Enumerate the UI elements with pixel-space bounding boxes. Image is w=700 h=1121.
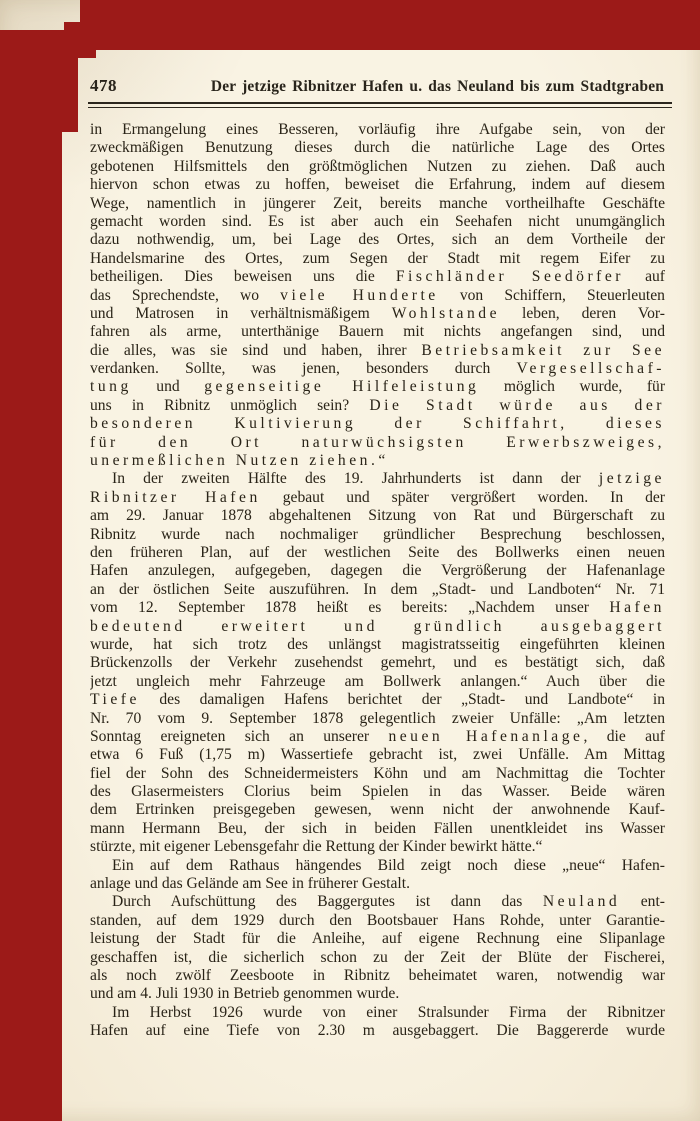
body-text: Nr. 70 vom 9. September 1878 gelegentlic… bbox=[90, 710, 665, 727]
body-text: standen, auf dem 1929 durch den Bootsbau… bbox=[90, 912, 665, 929]
emphasized-text: Tiefe bbox=[90, 691, 140, 708]
body-text: dazu nothwendig, um, bei Lage des Ortes,… bbox=[90, 231, 665, 248]
text-line: Handelsmarine des Ortes, zum Segen der S… bbox=[90, 250, 665, 268]
paragraph: In der zweiten Hälfte des 19. Jahrhunder… bbox=[90, 470, 665, 856]
body-text: leben, deren Vor- bbox=[500, 305, 665, 322]
body-text: Brückenzolls der Verkehr zusehendst geme… bbox=[90, 654, 665, 671]
body-text: leistung der Stadt für die Anleihe, auf … bbox=[90, 930, 665, 947]
body-text: und am 4. Juli 1930 in Betrieb genommen … bbox=[90, 985, 399, 1002]
body-text: des damaligen Hafens berichtet der „Stad… bbox=[140, 691, 665, 708]
emphasized-text: Fischländer Seedörfer bbox=[396, 268, 624, 285]
text-line: Durch Aufschüttung des Baggergutes ist d… bbox=[90, 893, 665, 911]
emphasized-text: Wohlstande bbox=[392, 305, 500, 322]
emphasized-text: jetzige bbox=[599, 470, 665, 487]
text-line: Tiefe des damaligen Hafens berichtet der… bbox=[90, 691, 665, 709]
body-text: Ein auf dem Rathaus hängendes Bild zeigt… bbox=[112, 857, 665, 874]
body-text: auf bbox=[624, 268, 665, 285]
body-text: als noch zwölf Zeesboote in Ribnitz behe… bbox=[90, 967, 665, 984]
text-line: und Matrosen in verhältnismäßigem Wohlst… bbox=[90, 305, 665, 323]
body-text: Durch Aufschüttung des Baggergutes ist d… bbox=[112, 893, 543, 910]
text-line: dem Ertrinken preisgegeben gewesen, wenn… bbox=[90, 801, 665, 819]
text-line: betheiligen. Dies beweisen uns die Fisch… bbox=[90, 268, 665, 286]
text-line: Brückenzolls der Verkehr zusehendst geme… bbox=[90, 654, 665, 672]
text-line: tung und gegenseitige Hilfeleistung mögl… bbox=[90, 378, 665, 396]
text-column: in Ermangelung eines Besseren, vorläufig… bbox=[90, 121, 665, 1041]
body-text: und Matrosen in verhältnismäßigem bbox=[90, 305, 392, 322]
header-rule bbox=[88, 102, 672, 108]
body-text: und bbox=[132, 378, 204, 395]
emphasized-text: Die Stadt würde aus der bbox=[369, 397, 665, 414]
body-text: anlage und das Gelände am See in frühere… bbox=[90, 875, 410, 892]
body-text: verdanken. Sollte, was jenen, besonders … bbox=[90, 360, 517, 377]
text-line: an der östlichen Seite auszuführen. In d… bbox=[90, 581, 665, 599]
text-line: uns in Ribnitz unmöglich sein? Die Stadt… bbox=[90, 397, 665, 415]
text-line: für den Ort naturwüchsigsten Erwerbszwei… bbox=[90, 434, 665, 452]
text-line: geschaffen ist, die sicherlich schon zu … bbox=[90, 949, 665, 967]
emphasized-text: für den Ort naturwüchsigsten Erwerbszwei… bbox=[90, 434, 665, 451]
body-text: gebaut und später vergrößert worden. In … bbox=[261, 489, 665, 506]
body-text: dem Ertrinken preisgegeben gewesen, wenn… bbox=[90, 801, 665, 818]
emphasized-text: neuen Hafenanlage bbox=[388, 728, 583, 745]
body-text: des Glasermeisters Clorius beim Spielen … bbox=[90, 783, 665, 800]
text-line: das Sprechendste, wo viele Hunderte von … bbox=[90, 287, 665, 305]
text-line: standen, auf dem 1929 durch den Bootsbau… bbox=[90, 912, 665, 930]
body-text: betheiligen. Dies beweisen uns die bbox=[90, 268, 396, 285]
paragraph: Ein auf dem Rathaus hängendes Bild zeigt… bbox=[90, 857, 665, 894]
body-text: In der zweiten Hälfte des 19. Jahrhunder… bbox=[112, 470, 599, 487]
page-number: 478 bbox=[90, 76, 117, 96]
body-text: wurde, hat sich trotz des unlängst magis… bbox=[90, 636, 665, 653]
body-text: geschaffen ist, die sicherlich schon zu … bbox=[90, 949, 665, 966]
text-line: jetzt ungleich mehr Fahrzeuge am Bollwer… bbox=[90, 673, 665, 691]
body-text: gebotenen Hilfsmittels den größtmögliche… bbox=[90, 158, 665, 175]
text-line: Sonntag ereigneten sich an unserer neuen… bbox=[90, 728, 665, 746]
body-text: das Sprechendste, wo bbox=[90, 287, 280, 304]
body-text: Sonntag ereigneten sich an unserer bbox=[90, 728, 388, 745]
text-line: den früheren Plan, auf der westlichen Se… bbox=[90, 544, 665, 562]
body-text: Handelsmarine des Ortes, zum Segen der S… bbox=[90, 250, 665, 267]
text-line: besonderen Kultivierung der Schiffahrt, … bbox=[90, 415, 665, 433]
body-text: in Ermangelung eines Besseren, vorläufig… bbox=[90, 121, 665, 138]
text-line: mann Hermann Beu, der sich in beiden Fäl… bbox=[90, 820, 665, 838]
body-text: den früheren Plan, auf der westlichen Se… bbox=[90, 544, 665, 561]
text-line: fahren als arme, unterthänige Bauern mit… bbox=[90, 323, 665, 341]
body-text: Im Herbst 1926 wurde von einer Stralsund… bbox=[112, 1004, 665, 1021]
body-text: hiervon schon etwas zu hoffen, beweiset … bbox=[90, 176, 665, 193]
text-line: in Ermangelung eines Besseren, vorläufig… bbox=[90, 121, 665, 139]
body-text: etwa 6 Fuß (1,75 m) Wassertiefe gebracht… bbox=[90, 746, 665, 763]
text-line: Nr. 70 vom 9. September 1878 gelegentlic… bbox=[90, 710, 665, 728]
text-line: unermeßlichen Nutzen ziehen.“ bbox=[90, 452, 665, 470]
text-line: Hafen anzulegen, aufgegeben, dagegen die… bbox=[90, 562, 665, 580]
body-text: mann Hermann Beu, der sich in beiden Fäl… bbox=[90, 820, 665, 837]
body-text: gemacht worden sind. Es ist aber auch ei… bbox=[90, 213, 665, 230]
emphasized-text: besonderen Kultivierung der Schiffahrt, … bbox=[90, 415, 665, 432]
body-text: vom 12. September 1878 heißt es bereits:… bbox=[90, 599, 609, 616]
body-text: jetzt ungleich mehr Fahrzeuge am Bollwer… bbox=[90, 673, 665, 690]
emphasized-text: bedeutend erweitert und gründlich ausgeb… bbox=[90, 618, 665, 635]
body-text: an der östlichen Seite auszuführen. In d… bbox=[90, 581, 665, 598]
body-text: Wege, namentlich in jüngerer Zeit, berei… bbox=[90, 195, 665, 212]
text-line: Ribnitzer Hafen gebaut und später vergrö… bbox=[90, 489, 665, 507]
text-line: als noch zwölf Zeesboote in Ribnitz behe… bbox=[90, 967, 665, 985]
text-line: etwa 6 Fuß (1,75 m) Wassertiefe gebracht… bbox=[90, 746, 665, 764]
body-text: , die auf bbox=[583, 728, 665, 745]
body-text: fahren als arme, unterthänige Bauern mit… bbox=[90, 323, 665, 340]
body-text: am 29. Januar 1878 abgehaltenen Sitzung … bbox=[90, 507, 665, 524]
text-line: des Glasermeisters Clorius beim Spielen … bbox=[90, 783, 665, 801]
paragraph: in Ermangelung eines Besseren, vorläufig… bbox=[90, 121, 665, 470]
text-line: Im Herbst 1926 wurde von einer Stralsund… bbox=[90, 1004, 665, 1022]
text-line: wurde, hat sich trotz des unlängst magis… bbox=[90, 636, 665, 654]
body-text: stürzte, mit eigener Lebensgefahr die Re… bbox=[90, 838, 542, 855]
text-line: Ribnitz wurde nach nochmaliger gründlich… bbox=[90, 526, 665, 544]
body-text: uns in Ribnitz unmöglich sein? bbox=[90, 397, 369, 414]
text-line: anlage und das Gelände am See in frühere… bbox=[90, 875, 665, 893]
text-line: bedeutend erweitert und gründlich ausgeb… bbox=[90, 618, 665, 636]
body-text: Ribnitz wurde nach nochmaliger gründlich… bbox=[90, 526, 665, 543]
emphasized-text: Hafen bbox=[609, 599, 665, 616]
text-line: gebotenen Hilfsmittels den größtmögliche… bbox=[90, 158, 665, 176]
body-text: Hafen anzulegen, aufgegeben, dagegen die… bbox=[90, 562, 665, 579]
text-line: dazu nothwendig, um, bei Lage des Ortes,… bbox=[90, 231, 665, 249]
text-line: und am 4. Juli 1930 in Betrieb genommen … bbox=[90, 985, 665, 1003]
text-line: die alles, was sie sind und haben, ihrer… bbox=[90, 342, 665, 360]
text-line: In der zweiten Hälfte des 19. Jahrhunder… bbox=[90, 470, 665, 488]
body-text: zweckmäßigen Benutzung dieses durch die … bbox=[90, 139, 665, 156]
body-text: von Schiffern, Steuerleuten bbox=[439, 287, 665, 304]
text-line: Hafen auf eine Tiefe von 2.30 m ausgebag… bbox=[90, 1022, 665, 1040]
text-line: verdanken. Sollte, was jenen, besonders … bbox=[90, 360, 665, 378]
body-text: die alles, was sie sind und haben, ihrer bbox=[90, 342, 421, 359]
emphasized-text: Vergesellschaf- bbox=[517, 360, 665, 377]
emphasized-text: unermeßlichen Nutzen ziehen.“ bbox=[90, 452, 389, 469]
text-line: hiervon schon etwas zu hoffen, beweiset … bbox=[90, 176, 665, 194]
page-header: 478 Der jetzige Ribnitzer Hafen u. das N… bbox=[90, 76, 664, 96]
text-line: zweckmäßigen Benutzung dieses durch die … bbox=[90, 139, 665, 157]
paragraph: Durch Aufschüttung des Baggergutes ist d… bbox=[90, 893, 665, 1003]
text-line: leistung der Stadt für die Anleihe, auf … bbox=[90, 930, 665, 948]
body-text: möglich wurde, für bbox=[479, 378, 665, 395]
text-line: fiel der Sohn des Schneidermeisters Köhn… bbox=[90, 765, 665, 783]
text-line: Wege, namentlich in jüngerer Zeit, berei… bbox=[90, 195, 665, 213]
body-text: ent- bbox=[620, 893, 665, 910]
text-line: stürzte, mit eigener Lebensgefahr die Re… bbox=[90, 838, 665, 856]
emphasized-text: Ribnitzer Hafen bbox=[90, 489, 261, 506]
text-line: gemacht worden sind. Es ist aber auch ei… bbox=[90, 213, 665, 231]
text-line: vom 12. September 1878 heißt es bereits:… bbox=[90, 599, 665, 617]
body-text: Hafen auf eine Tiefe von 2.30 m ausgebag… bbox=[90, 1022, 665, 1039]
body-text: fiel der Sohn des Schneidermeisters Köhn… bbox=[90, 765, 665, 782]
emphasized-text: Neuland bbox=[543, 893, 620, 910]
emphasized-text: Betriebsamkeit zur See bbox=[421, 342, 665, 359]
text-line: Ein auf dem Rathaus hängendes Bild zeigt… bbox=[90, 857, 665, 875]
emphasized-text: tung bbox=[90, 378, 132, 395]
emphasized-text: gegenseitige Hilfeleistung bbox=[204, 378, 479, 395]
running-title: Der jetzige Ribnitzer Hafen u. das Neula… bbox=[211, 78, 664, 96]
text-line: am 29. Januar 1878 abgehaltenen Sitzung … bbox=[90, 507, 665, 525]
paragraph: Im Herbst 1926 wurde von einer Stralsund… bbox=[90, 1004, 665, 1041]
emphasized-text: viele Hunderte bbox=[280, 287, 439, 304]
